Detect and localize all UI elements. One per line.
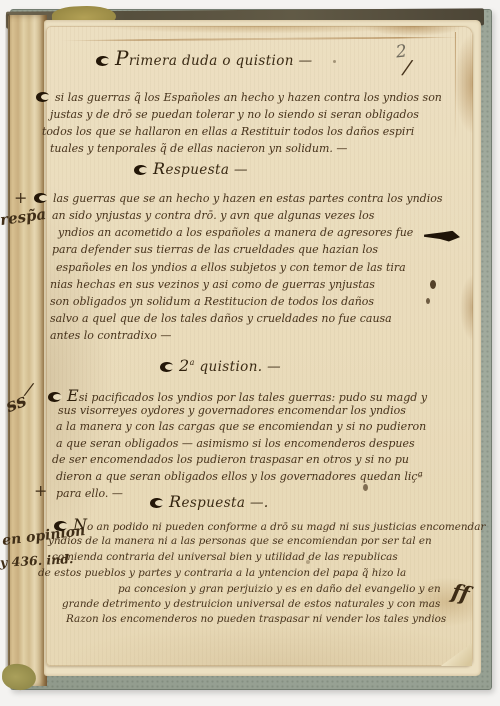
manuscript-line: españoles en los yndios a ellos subjetos… bbox=[56, 262, 406, 273]
heading-initial: P bbox=[115, 46, 129, 70]
manuscript-line: para ello. — bbox=[56, 488, 123, 499]
heading-initial: R bbox=[153, 159, 165, 178]
calderon-icon bbox=[150, 498, 163, 508]
manuscript-line: si las guerras q̃ los Españoles an hecho… bbox=[36, 92, 442, 103]
calderon-icon bbox=[34, 193, 47, 203]
page-stack-gutter bbox=[8, 15, 47, 686]
manuscript-line: No an podido ni pueden conforme a drō su… bbox=[54, 517, 485, 533]
ink-stain bbox=[333, 60, 336, 63]
manuscript-line: comienda contraria del universal bien y … bbox=[52, 552, 398, 562]
heading-number: 2 bbox=[179, 356, 190, 375]
calderon-icon bbox=[134, 165, 147, 175]
calderon-icon bbox=[96, 56, 109, 66]
heading-text: quistion. — bbox=[195, 359, 281, 375]
manuscript-line: pa concesion y gran perjuizio y es en da… bbox=[118, 584, 441, 594]
heading-initial: R bbox=[169, 492, 181, 511]
manuscript-line: de estos pueblos y partes y contraria a … bbox=[38, 568, 406, 578]
heading-text: espuesta — bbox=[165, 162, 247, 178]
paragraph-initial: N bbox=[73, 515, 87, 534]
margin-cross-mark: + bbox=[34, 481, 47, 500]
manuscript-line: sus visorreyes oydores y governadores en… bbox=[58, 405, 406, 416]
page-edge-stain-line bbox=[455, 32, 456, 142]
manuscript-line: salvo a quel que de los tales daños y cr… bbox=[50, 313, 392, 324]
manuscript-line: todos los que se hallaron en ellas a Res… bbox=[42, 126, 414, 137]
manuscript-line: de ser encomendados los pudieron traspas… bbox=[52, 454, 409, 465]
line-text: las guerras que se an hecho y hazen en e… bbox=[53, 192, 443, 205]
heading-segunda-quistion: 2a quistion. — bbox=[160, 356, 281, 375]
calderon-icon bbox=[54, 521, 67, 531]
manuscript-line: a la manera y con las cargas que se enco… bbox=[56, 421, 426, 432]
line-text: si pacificados los yndios por las tales … bbox=[79, 391, 427, 404]
ink-stain bbox=[430, 280, 436, 289]
manuscript-line: tuales y tenporales q̃ de ellas nacieron… bbox=[50, 143, 347, 154]
heading-text: espuesta —. bbox=[181, 495, 268, 511]
heading-text: rimera duda o quistion — bbox=[129, 53, 313, 69]
heading-respuesta-2: Respuesta —. bbox=[150, 492, 269, 511]
manuscript-line: para defender sus tierras de las cruelda… bbox=[52, 244, 378, 255]
manuscript-line: antes lo contradixo — bbox=[50, 330, 171, 341]
manuscript-line: Esi pacificados los yndios por las tales… bbox=[48, 388, 427, 404]
manuscript-line: las guerras que se an hecho y hazen en e… bbox=[34, 193, 443, 204]
manuscript-line: yndios an acometido a los españoles a ma… bbox=[58, 227, 413, 238]
heading-respuesta-1: Respuesta — bbox=[134, 159, 248, 178]
manuscript-line: justas y de drō se puedan tolerar y no l… bbox=[50, 109, 419, 120]
paragraph-initial: E bbox=[67, 386, 79, 405]
manuscript-line: dieron a que seran obligados ellos y los… bbox=[56, 471, 423, 482]
calderon-icon bbox=[160, 362, 173, 372]
calderon-icon bbox=[48, 392, 61, 402]
manuscript-line: a que seran obligados — asimismo si los … bbox=[56, 438, 415, 449]
line-text: si las guerras q̃ los Españoles an hecho… bbox=[55, 91, 442, 104]
margin-cross-mark: + bbox=[14, 188, 27, 207]
ink-stain bbox=[363, 484, 368, 491]
calderon-icon bbox=[36, 92, 49, 102]
line-text: o an podido ni pueden conforme a drō su … bbox=[87, 521, 485, 533]
manuscript-line: an sido ynjustas y contra drō. y avn que… bbox=[52, 210, 374, 221]
ink-stain bbox=[426, 298, 430, 304]
manuscript-line: grande detrimento y destruicion universa… bbox=[62, 599, 440, 609]
heading-primera-duda: Primera duda o quistion — bbox=[96, 46, 313, 70]
manuscript-line: son obligados yn solidum a Restitucion d… bbox=[50, 296, 374, 307]
manuscript-line: Razon los encomenderos no pueden traspas… bbox=[66, 614, 446, 624]
manuscript-line: nias hechas en sus vezinos y asi como de… bbox=[50, 279, 375, 290]
manuscript-line: yndios de la manera ni a las personas qu… bbox=[48, 536, 432, 546]
book-edge-shadow bbox=[5, 14, 10, 686]
